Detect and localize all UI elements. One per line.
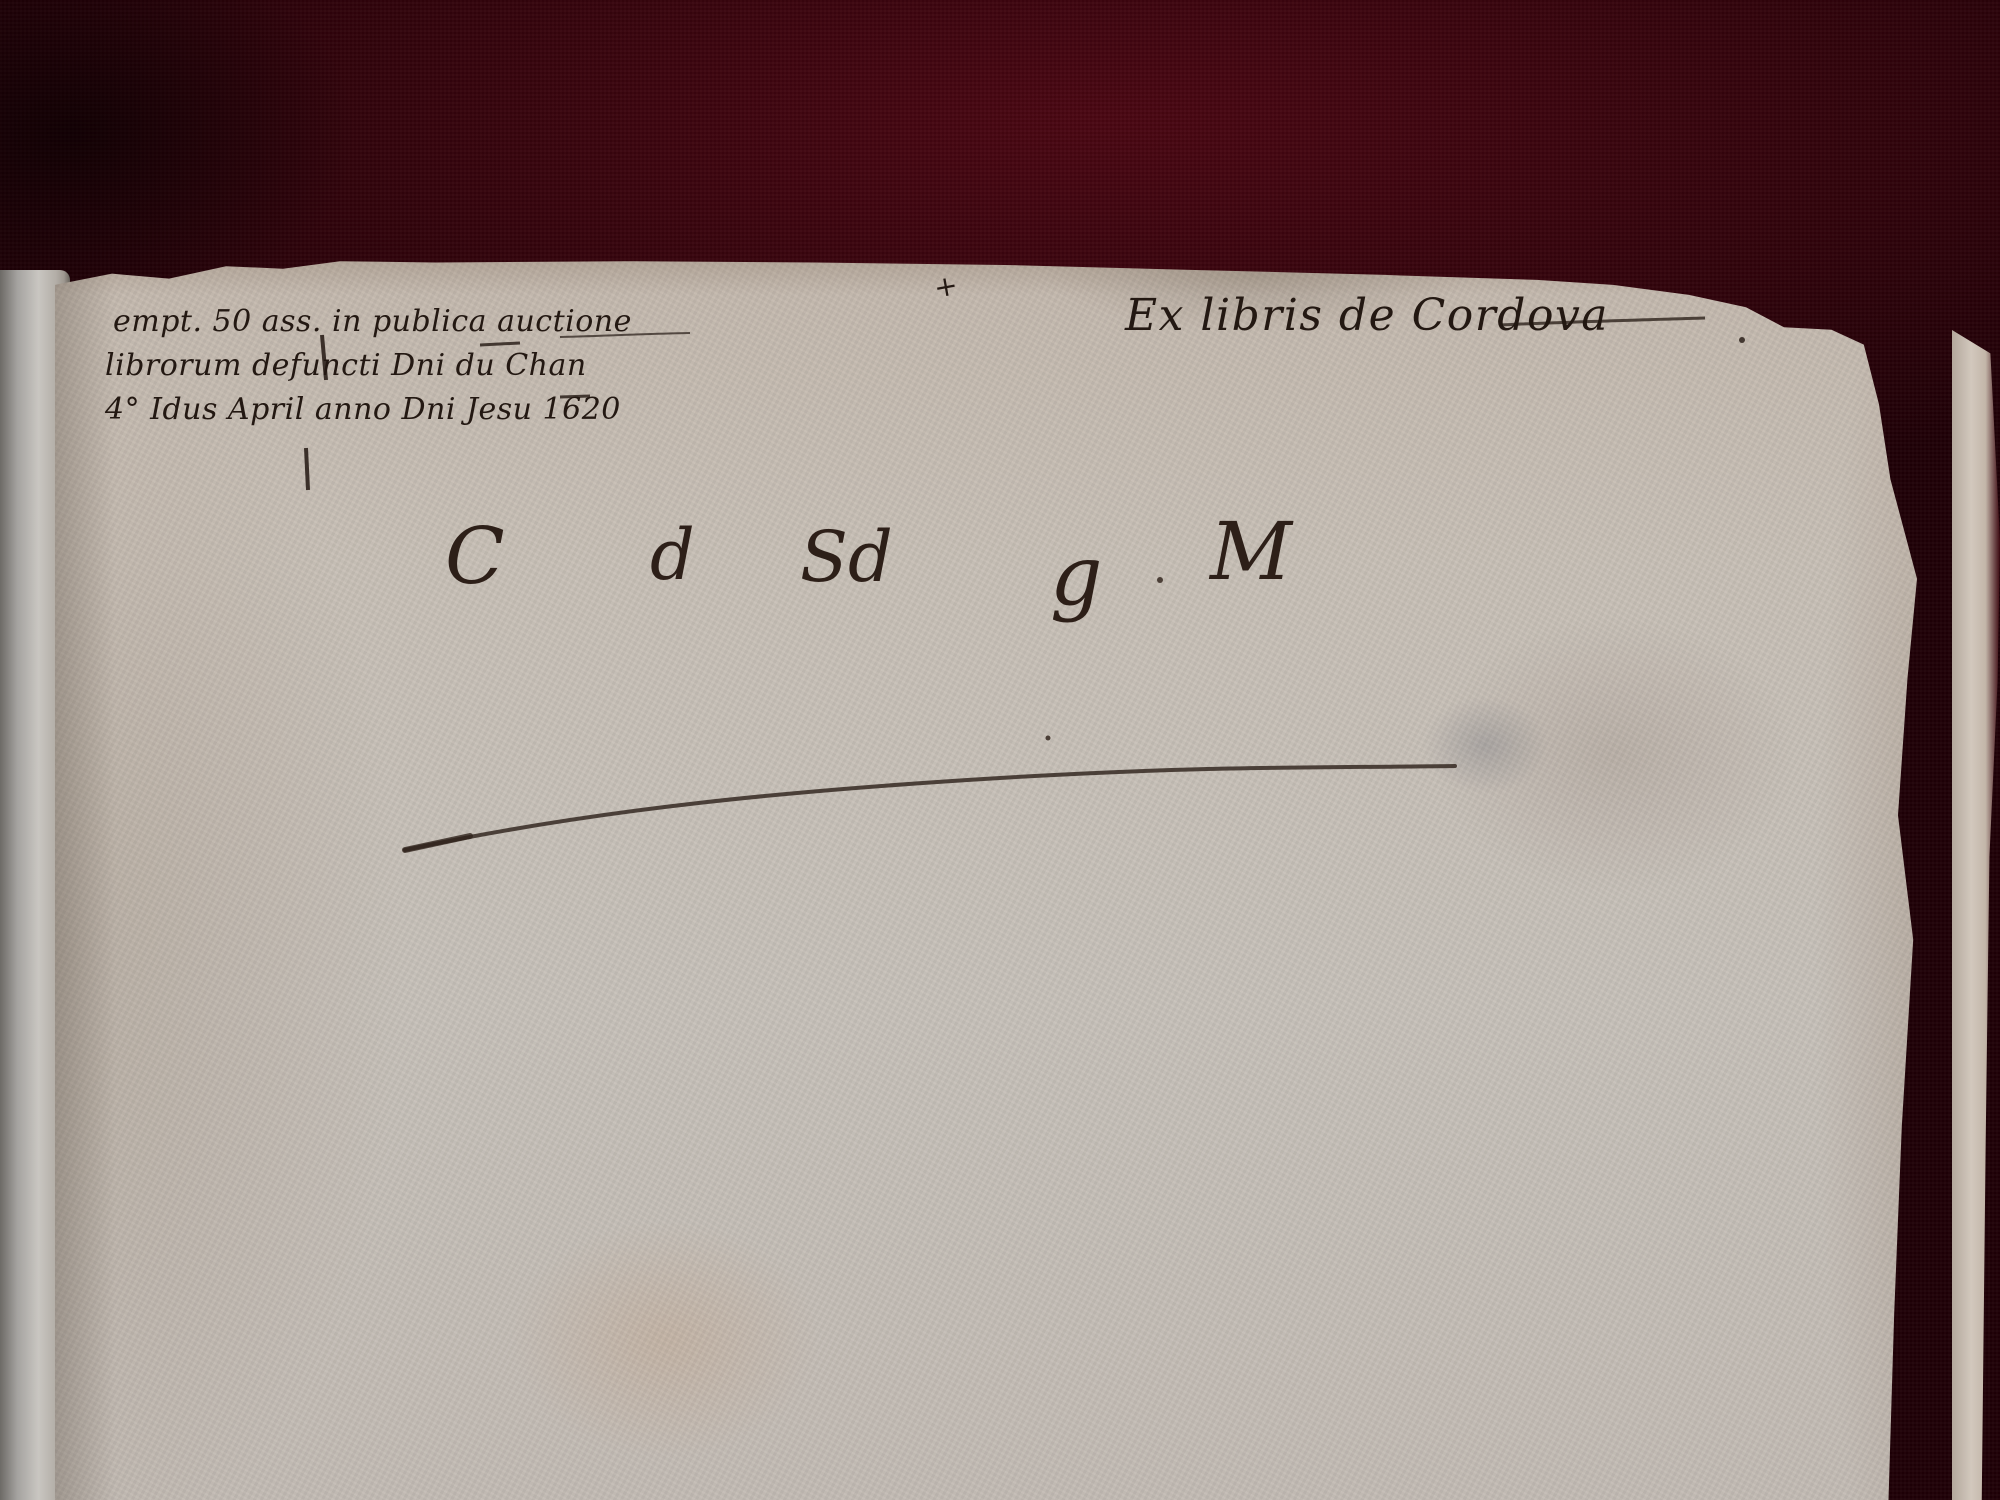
monogram-glyph-2: d: [650, 520, 695, 590]
inscription-line-2: librorum defuncti Dni du Chan: [105, 344, 885, 388]
monogram-glyph-5: M: [1210, 512, 1292, 592]
inscription-line-1: empt. 50 ass. in publica auctione: [105, 300, 885, 344]
flyleaf-page: [55, 255, 1955, 1500]
purchase-inscription: empt. 50 ass. in publica auctione libror…: [105, 300, 885, 432]
inscription-line-3: 4° Idus April anno Dni Jesu 1620: [105, 388, 885, 432]
monogram-glyph-3: Sd: [800, 522, 893, 592]
monogram-glyph-4: g: [1050, 536, 1103, 618]
ex-libris-inscription: Ex libris de Cordova: [1125, 290, 1609, 341]
monogram-glyph-1: C: [445, 518, 505, 596]
